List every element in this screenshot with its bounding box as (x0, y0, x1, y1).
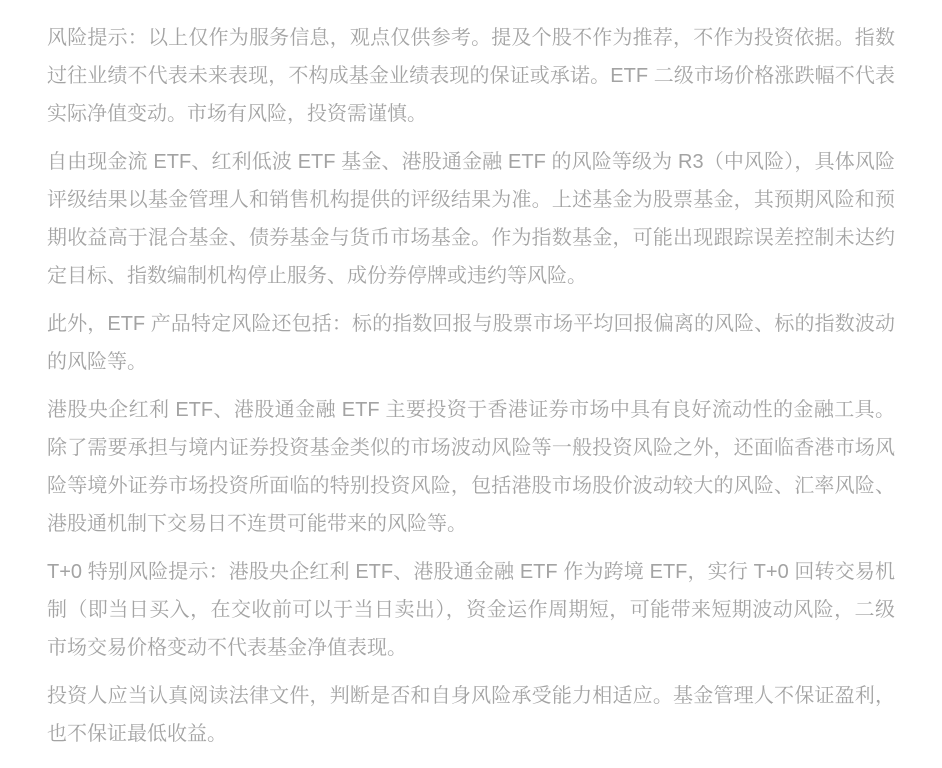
paragraph-t0-trading-risk: T+0 特别风险提示：港股央企红利 ETF、港股通金融 ETF 作为跨境 ETF… (47, 553, 895, 667)
risk-disclaimer-text-block: 风险提示：以上仅作为服务信息，观点仅供参考。提及个股不作为推荐，不作为投资依据。… (0, 0, 942, 753)
paragraph-fund-risk-rating: 自由现金流 ETF、红利低波 ETF 基金、港股通金融 ETF 的风险等级为 R… (47, 143, 895, 295)
paragraph-etf-specific-risks: 此外，ETF 产品特定风险还包括：标的指数回报与股票市场平均回报偏离的风险、标的… (47, 305, 895, 381)
paragraph-hk-market-risks: 港股央企红利 ETF、港股通金融 ETF 主要投资于香港证券市场中具有良好流动性… (47, 391, 895, 543)
paragraph-general-risk-notice: 风险提示：以上仅作为服务信息，观点仅供参考。提及个股不作为推荐，不作为投资依据。… (47, 19, 895, 133)
risk-disclaimer-page: 风险提示：以上仅作为服务信息，观点仅供参考。提及个股不作为推荐，不作为投资依据。… (0, 0, 942, 768)
paragraph-legal-documents-notice: 投资人应当认真阅读法律文件，判断是否和自身风险承受能力相适应。基金管理人不保证盈… (47, 677, 895, 753)
